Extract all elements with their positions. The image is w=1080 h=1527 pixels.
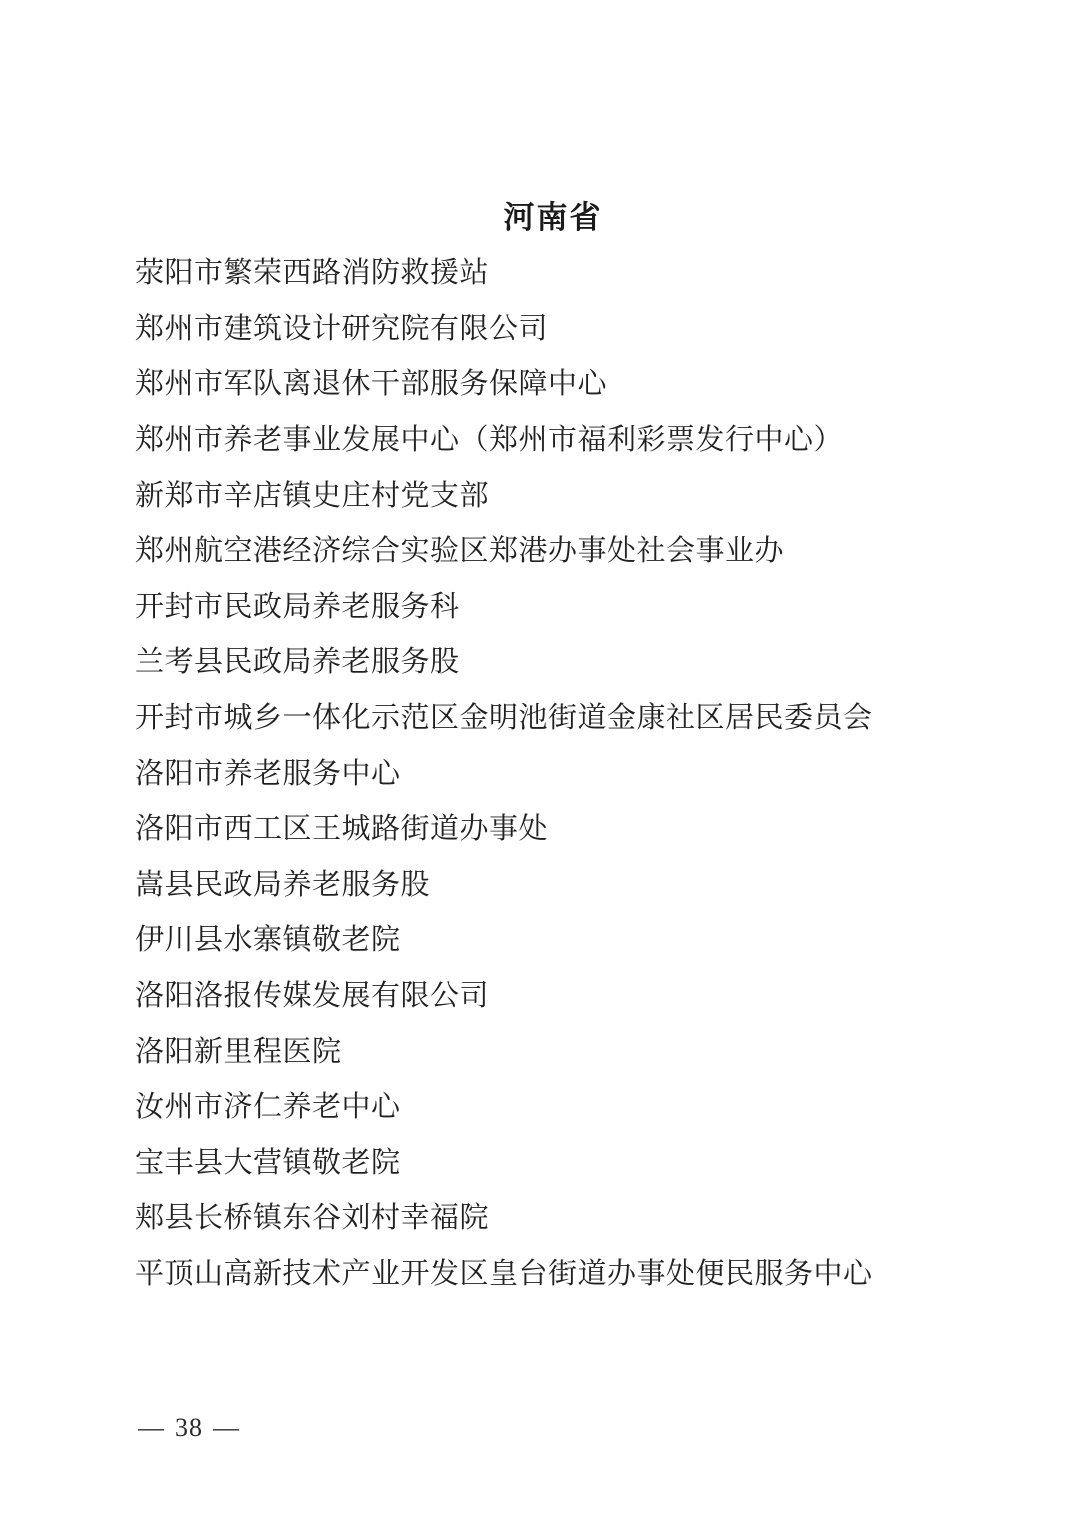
list-item: 开封市城乡一体化示范区金明池街道金康社区居民委员会 [135,688,980,744]
list-item: 嵩县民政局养老服务股 [135,855,980,911]
document-page: 河南省 荥阳市繁荣西路消防救援站 郑州市建筑设计研究院有限公司 郑州市军队离退休… [0,0,1080,1527]
organization-name: 平顶山高新技术产业开发区皇台街道办事处便民服务中心 [135,1251,873,1292]
footer-dash-left: — [138,1413,165,1443]
organization-name: 洛阳市养老服务中心 [135,751,401,792]
page-number: 38 [175,1413,203,1443]
list-item: 洛阳市西工区王城路街道办事处 [135,799,980,855]
organization-list: 荥阳市繁荣西路消防救援站 郑州市建筑设计研究院有限公司 郑州市军队离退休干部服务… [0,243,1080,1299]
organization-name: 洛阳新里程医院 [135,1029,342,1070]
organization-name: 郑州航空港经济综合实验区郑港办事处社会事业办 [135,528,784,569]
page-footer: —38— [128,1413,250,1443]
list-item: 郑州航空港经济综合实验区郑港办事处社会事业办 [135,521,980,577]
list-item: 郑州市军队离退休干部服务保障中心 [135,354,980,410]
organization-name: 宝丰县大营镇敬老院 [135,1140,401,1181]
list-item: 汝州市济仁养老中心 [135,1077,980,1133]
organization-name: 开封市城乡一体化示范区金明池街道金康社区居民委员会 [135,695,873,736]
organization-name: 开封市民政局养老服务科 [135,584,460,625]
list-item: 洛阳洛报传媒发展有限公司 [135,966,980,1022]
list-item: 洛阳市养老服务中心 [135,743,980,799]
list-item: 郑州市建筑设计研究院有限公司 [135,299,980,355]
list-item: 荥阳市繁荣西路消防救援站 [135,243,980,299]
organization-name: 洛阳洛报传媒发展有限公司 [135,973,489,1014]
list-item: 兰考县民政局养老服务股 [135,632,980,688]
organization-name: 郑州市养老事业发展中心（郑州市福利彩票发行中心） [135,417,843,458]
list-item: 开封市民政局养老服务科 [135,577,980,633]
list-item: 宝丰县大营镇敬老院 [135,1133,980,1189]
footer-dash-right: — [213,1413,240,1443]
list-item: 郑州市养老事业发展中心（郑州市福利彩票发行中心） [135,410,980,466]
organization-name: 伊川县水寨镇敬老院 [135,917,401,958]
organization-name: 汝州市济仁养老中心 [135,1084,401,1125]
organization-name: 荥阳市繁荣西路消防救援站 [135,250,489,291]
organization-name: 郑州市建筑设计研究院有限公司 [135,306,548,347]
list-item: 郏县长桥镇东谷刘村幸福院 [135,1188,980,1244]
organization-name: 嵩县民政局养老服务股 [135,862,430,903]
list-item: 新郑市辛店镇史庄村党支部 [135,465,980,521]
organization-name: 新郑市辛店镇史庄村党支部 [135,473,489,514]
list-item: 伊川县水寨镇敬老院 [135,910,980,966]
organization-name: 郑州市军队离退休干部服务保障中心 [135,361,607,402]
list-item: 洛阳新里程医院 [135,1021,980,1077]
organization-name: 郏县长桥镇东谷刘村幸福院 [135,1195,489,1236]
list-item: 平顶山高新技术产业开发区皇台街道办事处便民服务中心 [135,1244,980,1300]
province-section-title: 河南省 [0,0,1080,240]
organization-name: 兰考县民政局养老服务股 [135,639,460,680]
organization-name: 洛阳市西工区王城路街道办事处 [135,806,548,847]
